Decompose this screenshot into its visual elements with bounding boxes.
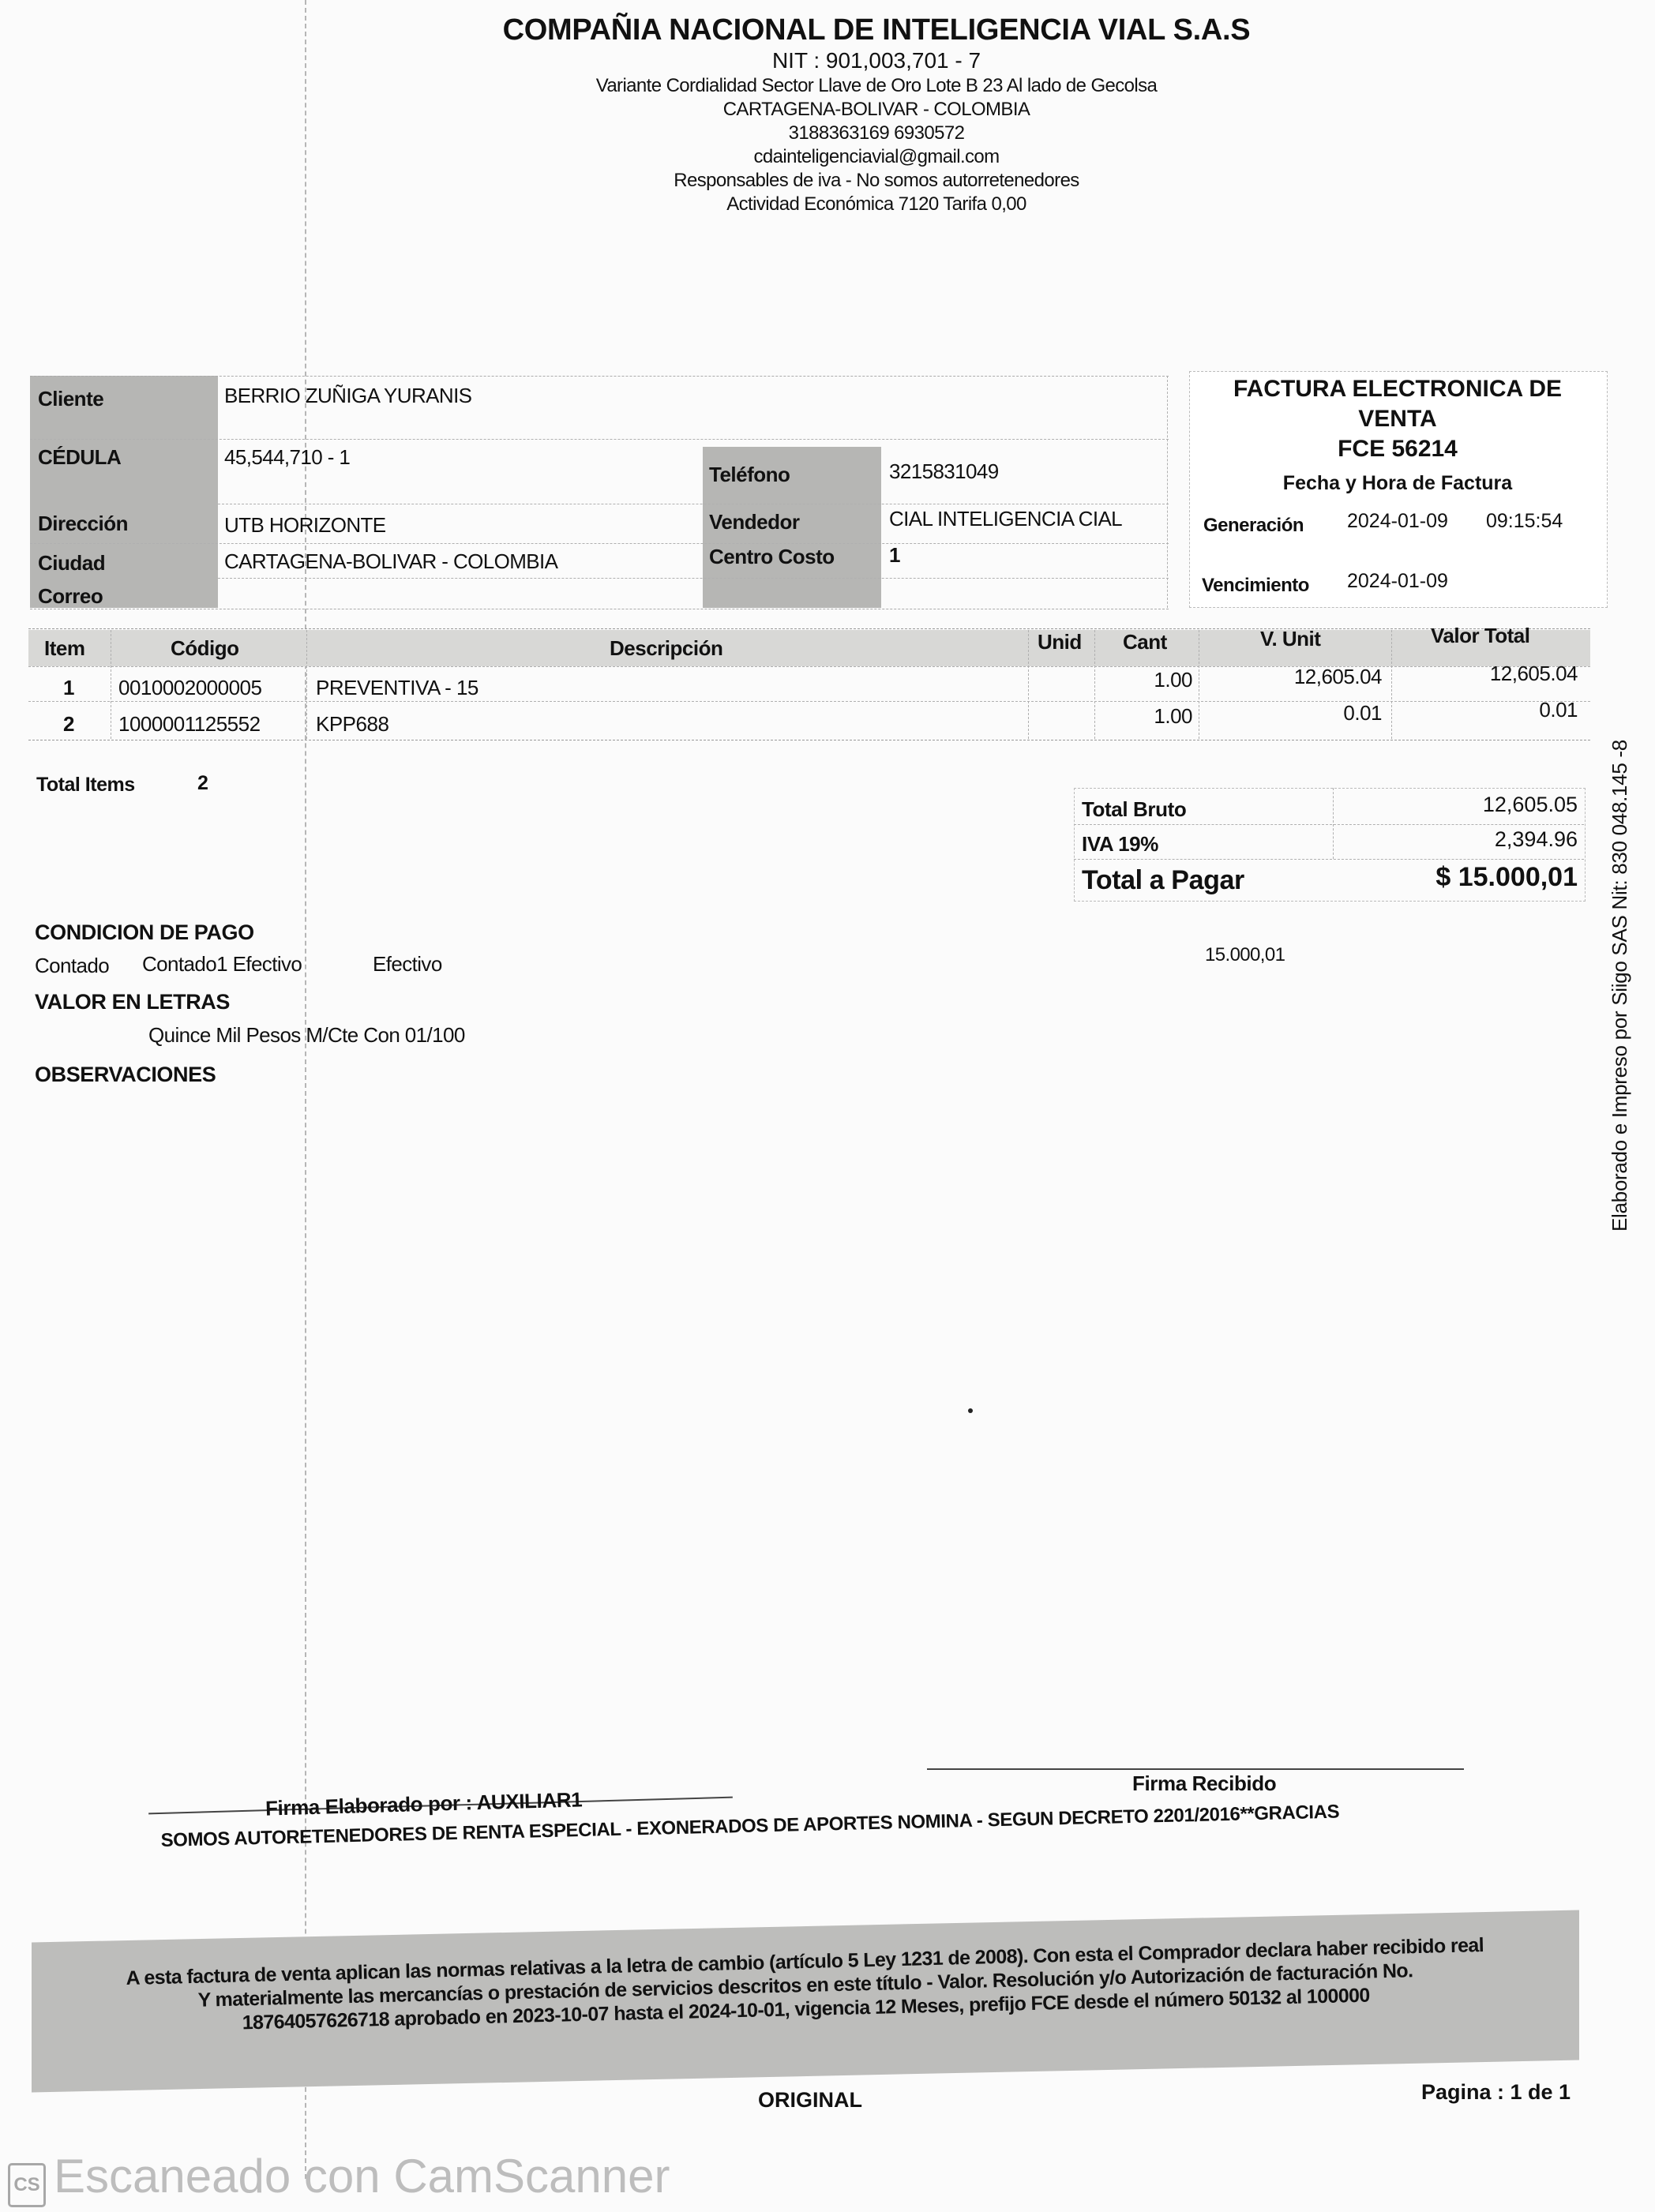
divider [1199, 630, 1199, 739]
iva-label: IVA 19% [1082, 832, 1158, 857]
row-cant: 1.00 [1096, 668, 1192, 692]
row-codigo: 0010002000005 [118, 676, 261, 700]
vencimiento-date: 2024-01-09 [1347, 570, 1448, 593]
scan-speck [968, 1408, 973, 1413]
copy-label: ORIGINAL [758, 2088, 862, 2113]
payment-condition-heading: CONDICION DE PAGO [35, 920, 254, 945]
total-pagar-label: Total a Pagar [1082, 865, 1244, 896]
generacion-date: 2024-01-09 [1347, 510, 1448, 533]
vendedor-value: CIAL INTELIGENCIA CIAL [889, 507, 1122, 531]
client-info-block [30, 376, 1169, 609]
company-tax-status: Responsables de iva - No somos autorrete… [442, 169, 1311, 193]
camscanner-watermark: Escaneado con CamScanner [54, 2149, 670, 2203]
divider [306, 630, 307, 739]
divider [30, 543, 1169, 544]
invoice-number: FCE 56214 [1189, 434, 1606, 464]
page-number: Pagina : 1 de 1 [1421, 2080, 1571, 2105]
vendedor-label: Vendedor [709, 510, 799, 534]
col-header-unid: Unid [1038, 630, 1082, 654]
divider [1028, 630, 1029, 739]
signature-recibido-label: Firma Recibido [1132, 1771, 1276, 1796]
centro-costo-label: Centro Costo [709, 545, 835, 569]
divider [1333, 788, 1334, 859]
invoice-title-line2: VENTA [1189, 404, 1606, 434]
value-in-letters-heading: VALOR EN LETRAS [35, 990, 230, 1014]
direccion-value: UTB HORIZONTE [224, 513, 386, 538]
divider [111, 630, 111, 739]
signature-line-recibido [927, 1768, 1464, 1770]
signature-elaborado-label: Firma Elaborado por : AUXILIAR1 [265, 1787, 583, 1820]
company-name: COMPAÑIA NACIONAL DE INTELIGENCIA VIAL S… [442, 13, 1311, 47]
generacion-time: 09:15:54 [1486, 510, 1563, 533]
divider [30, 439, 1169, 440]
vencimiento-label: Vencimiento [1202, 575, 1309, 597]
ciudad-label: Ciudad [38, 551, 105, 575]
row-v-unit: 12,605.04 [1200, 665, 1382, 689]
centro-costo-value: 1 [889, 543, 900, 568]
total-bruto-value: 12,605.05 [1342, 793, 1578, 817]
company-header: COMPAÑIA NACIONAL DE INTELIGENCIA VIAL S… [442, 13, 1311, 216]
generacion-label: Generación [1203, 515, 1304, 537]
col-header-valor-total: Valor Total [1431, 624, 1530, 648]
payment-method-detail: Contado1 Efectivo [142, 952, 302, 977]
company-city: CARTAGENA-BOLIVAR - COLOMBIA [442, 98, 1311, 122]
cedula-label: CÉDULA [38, 445, 121, 470]
invoice-title: FACTURA ELECTRONICA DE VENTA FCE 56214 [1189, 374, 1606, 464]
total-bruto-label: Total Bruto [1082, 797, 1186, 822]
divider [1391, 630, 1392, 739]
invoice-title-line1: FACTURA ELECTRONICA DE [1189, 374, 1606, 404]
payment-method: Efectivo [373, 952, 442, 977]
row-v-unit: 0.01 [1200, 701, 1382, 725]
row-descripcion: PREVENTIVA - 15 [316, 676, 478, 700]
observations-heading: OBSERVACIONES [35, 1063, 216, 1087]
divider [1094, 630, 1095, 739]
value-in-letters: Quince Mil Pesos M/Cte Con 01/100 [148, 1023, 465, 1048]
col-header-cant: Cant [1123, 630, 1167, 654]
company-address: Variante Cordialidad Sector Llave de Oro… [442, 74, 1311, 98]
invoice-date-heading: Fecha y Hora de Factura [1189, 472, 1606, 495]
divider [1167, 376, 1168, 608]
col-header-descripcion: Descripción [610, 636, 722, 661]
row-valor-total: 12,605.04 [1393, 662, 1578, 686]
company-phones: 3188363169 6930572 [442, 122, 1311, 145]
row-item: 2 [63, 712, 74, 737]
row-valor-total: 0.01 [1393, 698, 1578, 722]
cliente-value: BERRIO ZUÑIGA YURANIS [224, 384, 471, 408]
payment-amount: 15.000,01 [1205, 944, 1285, 966]
row-item: 1 [63, 676, 74, 700]
iva-value: 2,394.96 [1342, 827, 1578, 852]
row-codigo: 1000001125552 [118, 712, 261, 737]
telefono-value: 3215831049 [889, 459, 999, 484]
telefono-label: Teléfono [709, 463, 790, 487]
ciudad-value: CARTAGENA-BOLIVAR - COLOMBIA [224, 549, 557, 574]
divider [1074, 824, 1584, 825]
camscanner-logo-icon: CS [8, 2163, 46, 2207]
total-items-label: Total Items [36, 774, 135, 797]
page-fold-line [305, 0, 306, 2179]
cliente-label: Cliente [38, 387, 103, 411]
divider [218, 504, 1169, 504]
cedula-value: 45,544,710 - 1 [224, 445, 350, 470]
col-header-v-unit: V. Unit [1260, 627, 1320, 651]
total-items-value: 2 [197, 772, 208, 795]
printed-by-note: Elaborado e Impreso por Siigo SAS Nit: 8… [1608, 740, 1632, 1232]
correo-label: Correo [38, 584, 103, 609]
row-cant: 1.00 [1096, 704, 1192, 729]
divider [218, 578, 1169, 579]
col-header-codigo: Código [171, 636, 239, 661]
direccion-label: Dirección [38, 512, 128, 536]
total-pagar-value: $ 15.000,01 [1342, 862, 1578, 893]
company-email: cdainteligenciavial@gmail.com [442, 145, 1311, 169]
col-header-item: Item [44, 636, 84, 661]
row-descripcion: KPP688 [316, 712, 388, 737]
payment-term: Contado [35, 954, 109, 978]
divider [1074, 859, 1584, 860]
company-activity: Actividad Económica 7120 Tarifa 0,00 [442, 193, 1311, 216]
company-nit: NIT : 901,003,701 - 7 [442, 47, 1311, 74]
